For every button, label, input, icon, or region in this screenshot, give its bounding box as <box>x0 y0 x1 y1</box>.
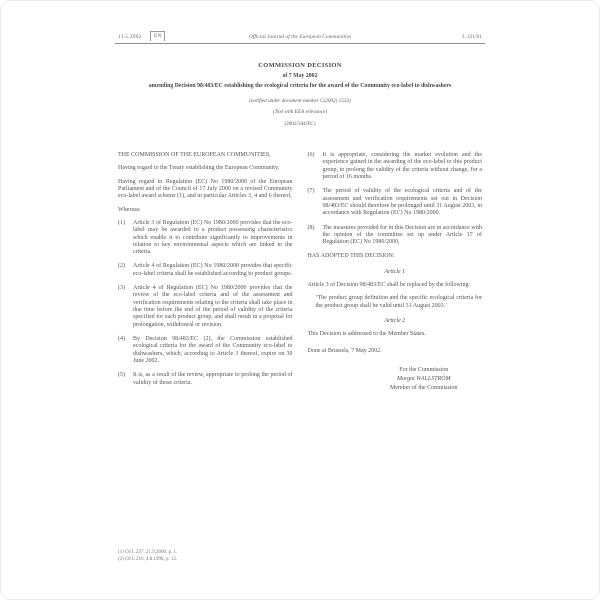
decision-number: (2002/344/EC) <box>110 121 490 127</box>
page-reference: L 121/61 <box>462 34 482 40</box>
done-at-line: Done at Brussels, 7 May 2002. <box>308 348 483 355</box>
header-rule <box>115 43 485 44</box>
footnotes-block: (1) OJ L 237, 21.9.2000, p. 1. (2) OJ L … <box>118 549 268 563</box>
recital-7-text: The period of validity of the ecological… <box>323 188 483 217</box>
recital-3-text: Article 4 of Regulation (EC) No 1980/200… <box>133 285 293 329</box>
decision-title-block: COMMISSION DECISION of 7 May 2002 amendi… <box>110 62 490 127</box>
decision-kind: COMMISSION DECISION <box>110 62 490 69</box>
right-column: (6) It is appropriate, considering the m… <box>308 152 483 394</box>
recital-5: (5) It is, as a result of the review, ap… <box>118 372 293 387</box>
citation-regulation: Having regard to Regulation (EC) No 1980… <box>118 179 293 201</box>
article-1-body: Article 3 of Decision 98/483/EC shall be… <box>308 282 483 289</box>
recital-8-number: (8) <box>308 225 323 247</box>
recital-6-number: (6) <box>308 152 323 181</box>
recital-2-text: Article 4 of Regulation (EC) No 1980/200… <box>133 263 293 278</box>
citation-treaty: Having regard to the Treaty establishing… <box>118 165 293 172</box>
article-1-quote: ‘The product group definition and the sp… <box>308 295 483 310</box>
recital-4-number: (4) <box>118 336 133 365</box>
left-column: THE COMMISSION OF THE EUROPEAN COMMUNITI… <box>118 152 293 394</box>
decision-subject: amending Decision 98/483/EC establishing… <box>110 83 490 91</box>
article-2-heading: Article 2 <box>308 318 483 325</box>
recital-3-number: (3) <box>118 285 133 329</box>
recital-2: (2) Article 4 of Regulation (EC) No 1980… <box>118 263 293 278</box>
recital-6-text: It is appropriate, considering the marke… <box>323 152 483 181</box>
whereas-label: Whereas: <box>118 207 293 214</box>
signature-block: For the Commission Margot WALLSTRÖM Memb… <box>366 366 483 393</box>
article-2-body: This Decision is addressed to the Member… <box>308 331 483 338</box>
recital-1-number: (1) <box>118 220 133 257</box>
signature-role: Member of the Commission <box>366 384 483 393</box>
recital-8-text: The measures provided for in this Decisi… <box>323 225 483 247</box>
eea-relevance-line: (Text with EEA relevance) <box>110 109 490 115</box>
recital-6: (6) It is appropriate, considering the m… <box>308 152 483 181</box>
decision-date: of 7 May 2002 <box>110 73 490 79</box>
preamble-opening: THE COMMISSION OF THE EUROPEAN COMMUNITI… <box>118 152 293 159</box>
recital-5-number: (5) <box>118 372 133 387</box>
recital-4-text: By Decision 98/483/EC (2), the Commissio… <box>133 336 293 365</box>
recital-8: (8) The measures provided for in this De… <box>308 225 483 247</box>
journal-name: Official Journal of the European Communi… <box>0 34 600 40</box>
signature-on-behalf: For the Commission <box>366 366 483 375</box>
document-body: THE COMMISSION OF THE EUROPEAN COMMUNITI… <box>118 152 482 394</box>
recital-2-number: (2) <box>118 263 133 278</box>
notified-line: (notified under document number C(2002) … <box>110 98 490 104</box>
recital-1: (1) Article 3 of Regulation (EC) No 1980… <box>118 220 293 257</box>
recital-5-text: It is, as a result of the review, approp… <box>133 372 293 387</box>
recital-3: (3) Article 4 of Regulation (EC) No 1980… <box>118 285 293 329</box>
has-adopted-line: HAS ADOPTED THIS DECISION: <box>308 253 483 260</box>
signature-name: Margot WALLSTRÖM <box>366 375 483 384</box>
footnote-2: (2) OJ L 216, 4.8.1998, p. 12. <box>118 556 268 563</box>
recital-4: (4) By Decision 98/483/EC (2), the Commi… <box>118 336 293 365</box>
footnote-1: (1) OJ L 237, 21.9.2000, p. 1. <box>118 549 268 556</box>
recital-7-number: (7) <box>308 188 323 217</box>
article-1-heading: Article 1 <box>308 269 483 276</box>
recital-1-text: Article 3 of Regulation (EC) No 1980/200… <box>133 220 293 257</box>
recital-7: (7) The period of validity of the ecolog… <box>308 188 483 217</box>
